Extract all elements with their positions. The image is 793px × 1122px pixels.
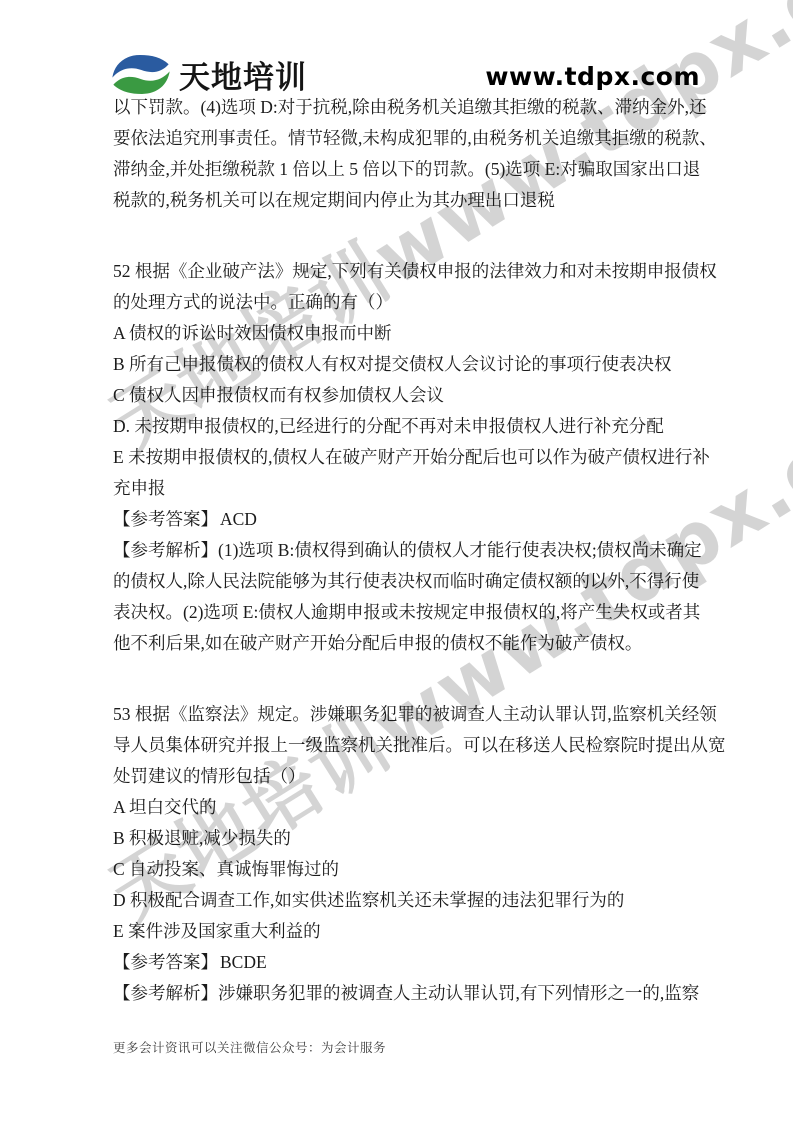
option-line: E 案件涉及国家重大利益的 <box>113 916 703 947</box>
logo-text: 天地培训 <box>179 52 307 97</box>
question-52: 52 根据《企业破产法》规定,下列有关债权申报的法律效力和对未按期申报债权的处理… <box>113 256 703 659</box>
option-line: C 自动投案、真诚悔罪悔过的 <box>113 854 703 885</box>
text-line: 税款的,税务机关可以在规定期间内停止为其办理出口退税 <box>113 185 703 216</box>
option-line: B 积极退赃,减少损失的 <box>113 823 703 854</box>
question-53-answer: 【参考答案】BCDE <box>113 947 703 978</box>
option-line: 充申报 <box>113 473 703 504</box>
logo-swirl-icon <box>110 53 172 96</box>
analysis-line: 表决权。(2)选项 E:债权人逾期申报或未按规定申报债权的,将产生失权或者其 <box>113 597 703 628</box>
website-url: www.tdpx.com <box>485 62 700 91</box>
answer-continuation-paragraph: 以下罚款。(4)选项 D:对于抗税,除由税务机关追缴其拒缴的税款、滞纳金外,还要… <box>113 92 703 216</box>
question-stem-line: 53 根据《监察法》规定。涉嫌职务犯罪的被调查人主动认罪认罚,监察机关经领 <box>113 699 703 730</box>
question-stem-line: 导人员集体研究并报上一级监察机关批准后。可以在移送人民检察院时提出从宽 <box>113 730 703 761</box>
answer-label: 【参考答案】 <box>113 952 218 972</box>
analysis-line: 他不利后果,如在破产财产开始分配后申报的债权不能作为破产债权。 <box>113 628 703 659</box>
question-52-answer: 【参考答案】ACD <box>113 504 703 535</box>
option-line: A 坦白交代的 <box>113 792 703 823</box>
text-line: 要依法追究刑事责任。情节轻微,未构成犯罪的,由税务机关追缴其拒缴的税款、 <box>113 123 703 154</box>
answer-value: ACD <box>218 509 257 529</box>
question-stem-line: 的处理方式的说法中。正确的有（） <box>113 287 703 318</box>
option-line: A 债权的诉讼时效因债权申报而中断 <box>113 318 703 349</box>
question-53-analysis: 【参考解析】涉嫌职务犯罪的被调查人主动认罪认罚,有下列情形之一的,监察 <box>113 978 703 1009</box>
document-page: 天地培训www.tdpx.com 天地培训www.tdpx.com 天地培训 w… <box>0 0 793 1122</box>
question-53-stem: 53 根据《监察法》规定。涉嫌职务犯罪的被调查人主动认罪认罚,监察机关经领导人员… <box>113 699 703 792</box>
option-line: B 所有己申报债权的债权人有权对提交债权人会议讨论的事项行使表决权 <box>113 349 703 380</box>
analysis-line: 【参考解析】涉嫌职务犯罪的被调查人主动认罪认罚,有下列情形之一的,监察 <box>113 978 703 1009</box>
footer-note: 更多会计资讯可以关注微信公众号：为会计服务 <box>113 1038 386 1056</box>
option-line: D 积极配合调查工作,如实供述监察机关还未掌握的违法犯罪行为的 <box>113 885 703 916</box>
question-53-options: A 坦白交代的B 积极退赃,减少损失的C 自动投案、真诚悔罪悔过的D 积极配合调… <box>113 792 703 947</box>
logo-swirl-blue <box>112 55 168 78</box>
question-stem-line: 52 根据《企业破产法》规定,下列有关债权申报的法律效力和对未按期申报债权 <box>113 256 703 287</box>
question-52-stem: 52 根据《企业破产法》规定,下列有关债权申报的法律效力和对未按期申报债权的处理… <box>113 256 703 318</box>
logo: 天地培训 <box>110 52 307 97</box>
answer-label: 【参考答案】 <box>113 509 218 529</box>
text-line: 滞纳金,并处拒缴税款 1 倍以上 5 倍以下的罚款。(5)选项 E:对骗取国家出… <box>113 154 703 185</box>
answer-value: BCDE <box>218 952 267 972</box>
analysis-line: 的债权人,除人民法院能够为其行使表决权而临时确定债权额的以外,不得行使 <box>113 566 703 597</box>
option-line: E 未按期申报债权的,债权人在破产财产开始分配后也可以作为破产债权进行补 <box>113 442 703 473</box>
logo-swirl-green <box>113 71 169 94</box>
question-52-options: A 债权的诉讼时效因债权申报而中断B 所有己申报债权的债权人有权对提交债权人会议… <box>113 318 703 504</box>
question-stem-line: 处罚建议的情形包括（） <box>113 761 703 792</box>
document-content: 以下罚款。(4)选项 D:对于抗税,除由税务机关追缴其拒缴的税款、滞纳金外,还要… <box>113 92 703 1009</box>
option-line: D. 未按期申报债权的,已经进行的分配不再对未申报债权人进行补充分配 <box>113 411 703 442</box>
question-53: 53 根据《监察法》规定。涉嫌职务犯罪的被调查人主动认罪认罚,监察机关经领导人员… <box>113 699 703 1009</box>
question-52-analysis: 【参考解析】(1)选项 B:债权得到确认的债权人才能行使表决权;债权尚未确定的债… <box>113 535 703 659</box>
analysis-line: 【参考解析】(1)选项 B:债权得到确认的债权人才能行使表决权;债权尚未确定 <box>113 535 703 566</box>
option-line: C 债权人因申报债权而有权参加债权人会议 <box>113 380 703 411</box>
